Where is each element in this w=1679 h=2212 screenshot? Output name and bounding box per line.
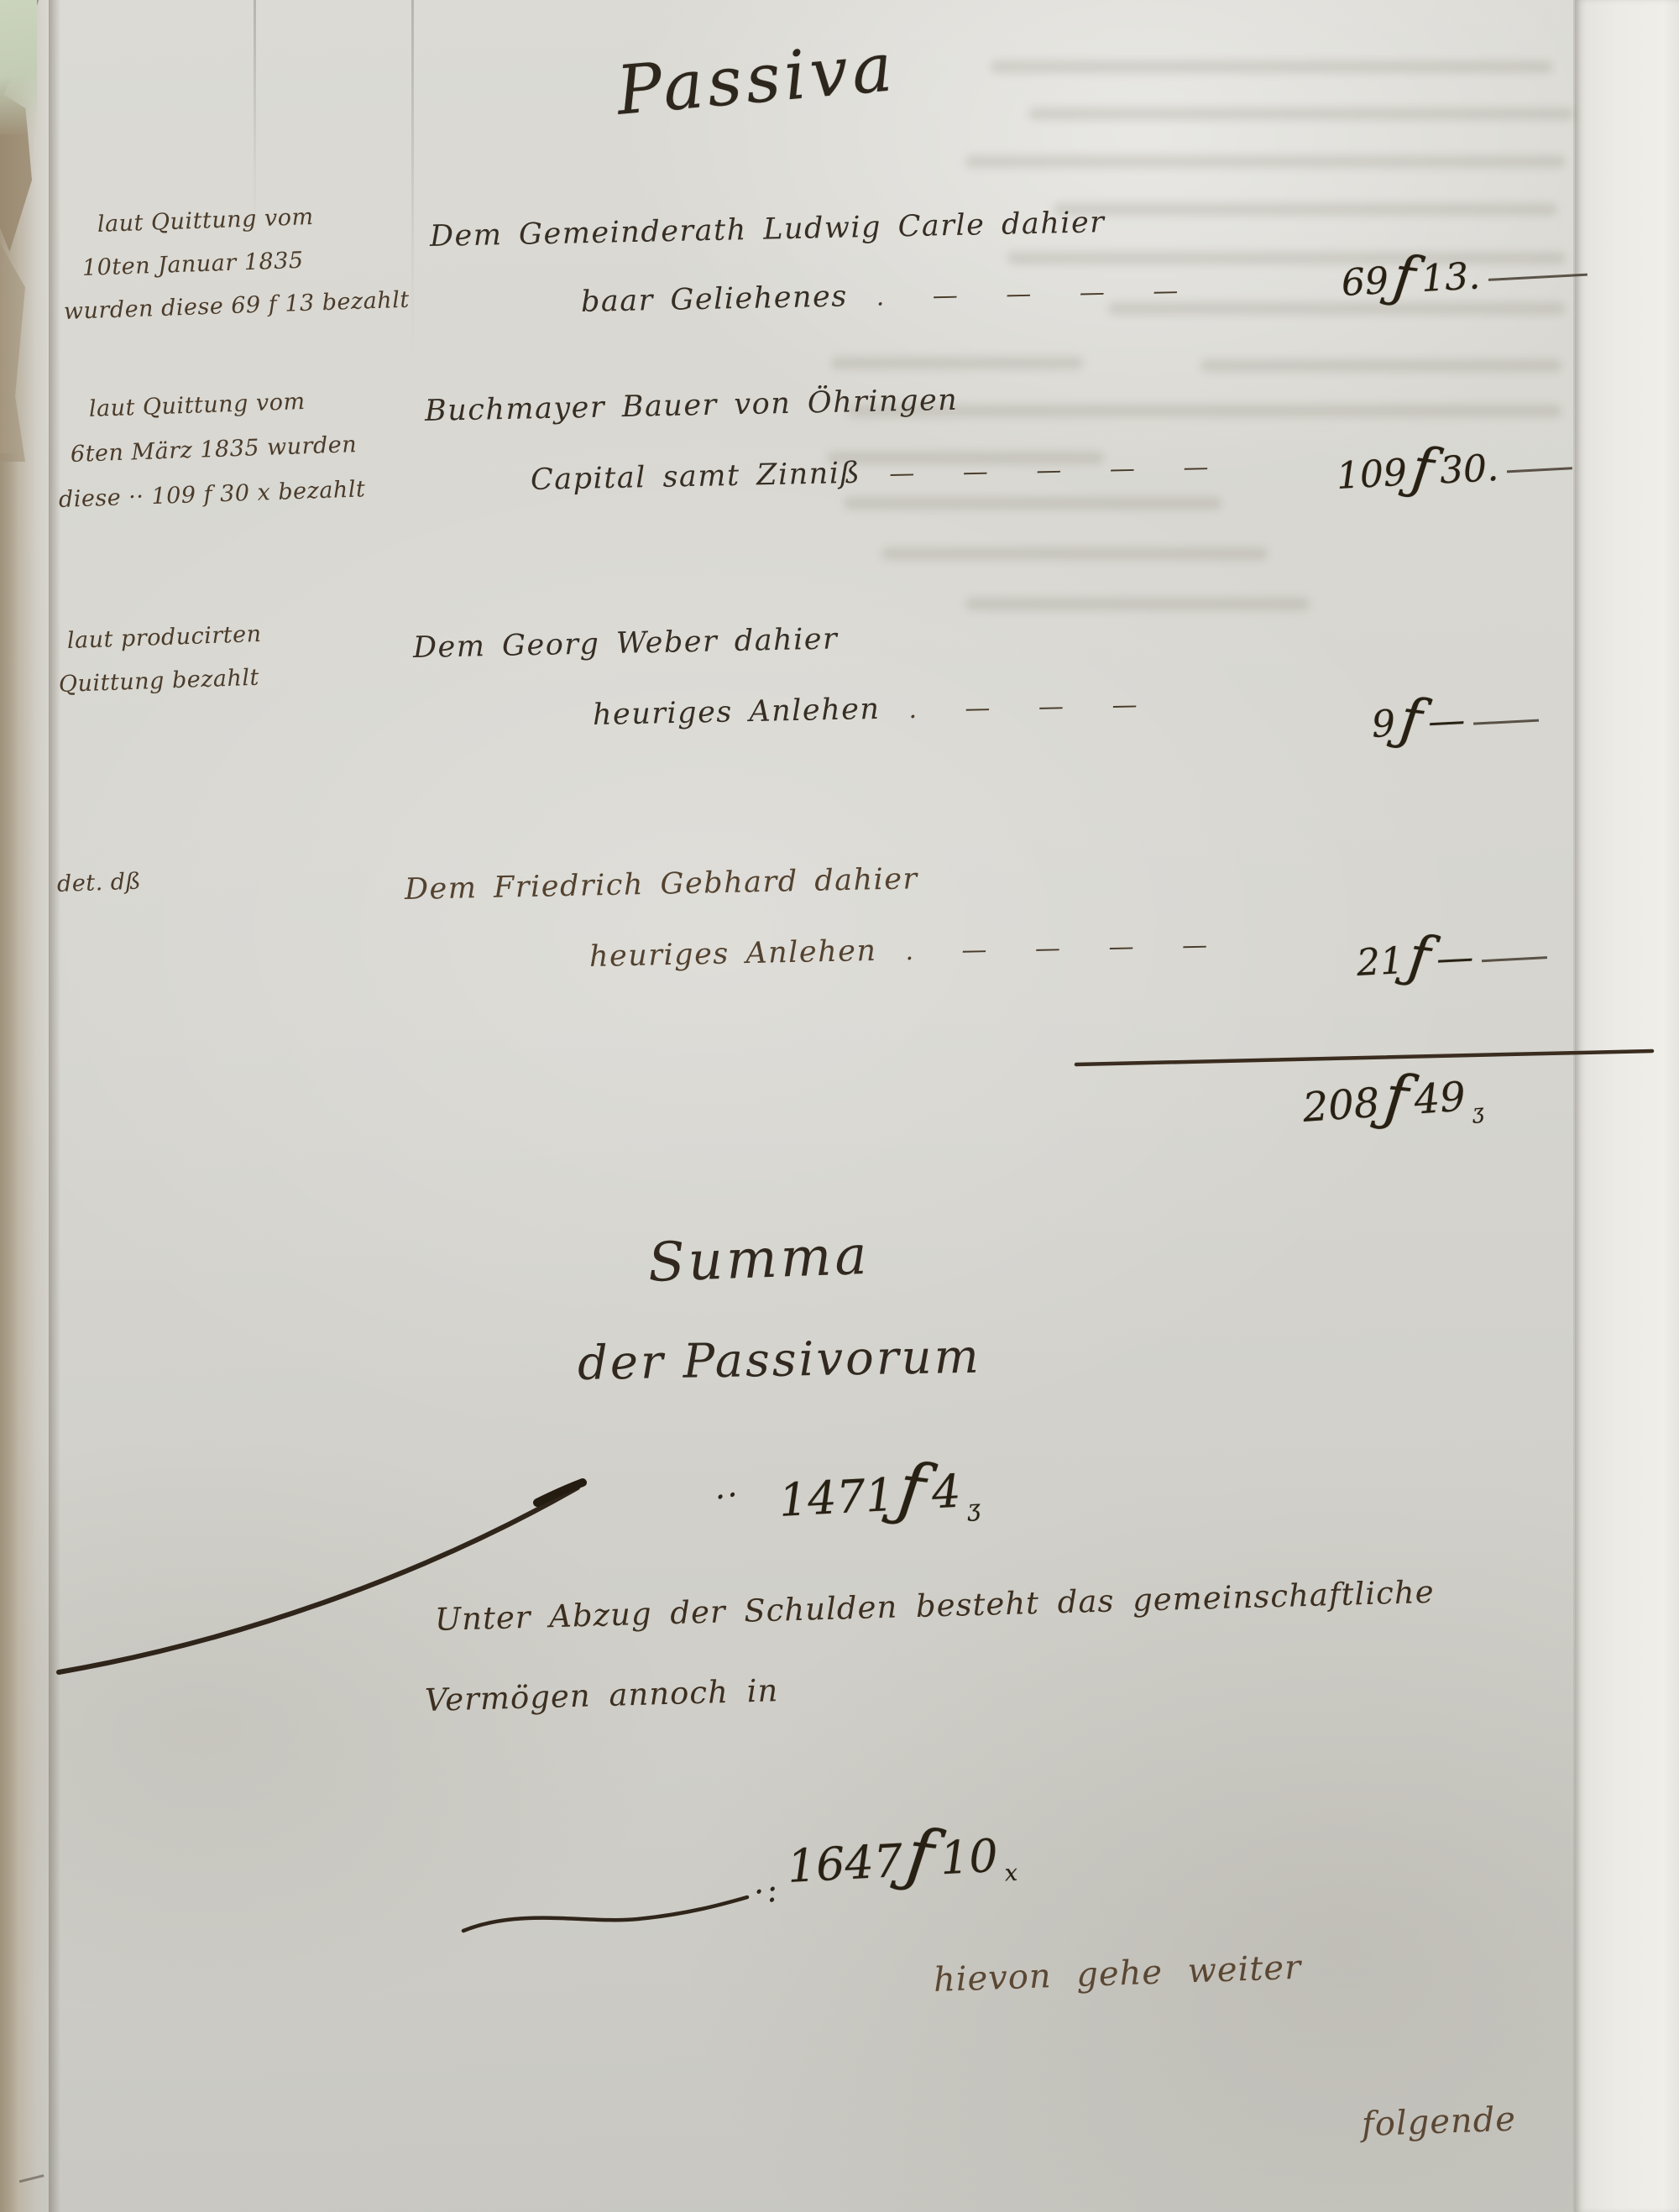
entry1-item-text: baar Geliehenes — [581, 280, 849, 319]
entry1-margin-note-line3: wurden diese 69 f 13 bezahlt — [63, 287, 410, 325]
summa-subheading: der Passivorum — [577, 1330, 981, 1391]
net-flourish-stroke — [463, 1897, 747, 1931]
gulden-value: 1471 — [777, 1468, 896, 1527]
kreuzer-value: — — [1427, 698, 1467, 743]
kreuzer-value: 10 — [939, 1829, 999, 1885]
footer-catchword-line2: folgende — [1361, 2100, 1516, 2144]
gulden-value: 9 — [1371, 703, 1397, 746]
torn-paper-fragment — [0, 453, 18, 2212]
net-amount: 1647ƒ10x — [786, 1828, 1018, 1898]
entry1-debtor: Dem Gemeinderath Ludwig Carle dahier — [430, 206, 1106, 254]
footer-catchword-line1: hievon gehe weiter — [933, 1948, 1302, 2000]
underline-stroke — [1488, 274, 1587, 281]
subtotal-amount: 208ƒ49ʒ — [1301, 1072, 1485, 1135]
paper-crease — [411, 0, 414, 361]
entry3-item-text: heuriges Anlehen — [593, 693, 881, 732]
underline-stroke — [1507, 467, 1572, 473]
gulden-value: 208 — [1301, 1080, 1381, 1132]
gulden-value: 21 — [1356, 939, 1405, 985]
closing-paragraph-line1: Unter Abzug der Schulden besteht das gem… — [434, 1574, 1435, 1638]
summa-flourish-stroke — [59, 1488, 578, 1672]
entry4-item-text: heuriges Anlehen — [589, 934, 877, 974]
kreuzer-value: 13. — [1420, 254, 1482, 301]
summa-mark: ·· — [712, 1475, 743, 1517]
closing-paragraph-line2: Vermögen annoch in — [424, 1672, 778, 1718]
entry4-amount: 21ƒ— — [1356, 932, 1549, 985]
entry2-item: Capital samt Zinniß— — — — — — [531, 449, 1211, 497]
entry2-amount: 109ƒ30. — [1336, 442, 1574, 498]
florin-symbol: ƒ — [1409, 956, 1430, 959]
paper-crease — [254, 0, 256, 235]
subtotal-rule-stroke — [1076, 1051, 1652, 1064]
florin-symbol: ƒ — [1412, 468, 1433, 471]
bleed-through-line — [1054, 203, 1557, 216]
page-edge-shadow — [49, 0, 60, 2212]
entry3-margin-note-line1: laut producirten — [66, 621, 262, 654]
entry2-margin-note-line2: 6ten März 1835 wurden — [70, 431, 357, 468]
entry2-margin-note-line1: laut Quittung vom — [88, 389, 306, 422]
summa-flourish-tip — [537, 1483, 583, 1503]
bleed-through-line — [831, 357, 1083, 369]
entry3-debtor: Dem Georg Weber dahier — [413, 622, 839, 665]
summa-heading: Summa — [647, 1225, 871, 1294]
florin-symbol: ƒ — [907, 1854, 934, 1857]
florin-symbol: ƒ — [1400, 719, 1421, 722]
underline-stroke — [1473, 719, 1539, 725]
bleed-through-line — [965, 598, 1310, 610]
gulden-value: 1647 — [786, 1834, 904, 1893]
filler-dashes: — — — — — — [889, 452, 1211, 489]
gulden-value: 69 — [1341, 259, 1390, 305]
kreuzer-value: 49 — [1413, 1074, 1467, 1124]
bleed-through-line — [1028, 107, 1574, 120]
entry2-debtor: Buchmayer Bauer von Öhringen — [425, 384, 959, 428]
paper-crease — [1573, 0, 1575, 2212]
florin-symbol: ƒ — [1384, 1097, 1407, 1100]
florin-symbol: ƒ — [899, 1488, 925, 1491]
adjacent-page-edge — [1575, 0, 1679, 2212]
denier-symbol: ʒ — [1472, 1100, 1484, 1124]
entry1-item: baar Geliehenes. — — — — — [581, 273, 1180, 319]
summa-amount: 1471ƒ4ʒ — [777, 1464, 981, 1532]
entry1-margin-note-line1: laut Quittung vom — [97, 204, 314, 238]
entry3-margin-note-line2: Quittung bezahlt — [58, 665, 259, 698]
corner-underlay — [0, 0, 37, 134]
entry2-margin-note-line3: diese ·· 109 f 30 x bezahlt — [58, 476, 365, 513]
entry3-item: heuriges Anlehen. — — — — [593, 687, 1139, 732]
entry1-margin-note-line2: 10ten Januar 1835 — [81, 248, 304, 281]
entry3-amount: 9ƒ— — [1371, 695, 1540, 746]
filler-dashes: . — — — — [908, 690, 1139, 724]
filler-dashes: . — — — — — [905, 931, 1209, 967]
kreuzer-value: 30. — [1439, 447, 1500, 493]
kreuzer-value: 4 — [930, 1465, 962, 1519]
kreuzer-value: — — [1436, 936, 1475, 980]
entry2-item-text: Capital samt Zinniß — [531, 457, 861, 497]
page-title: Passiva — [614, 28, 899, 130]
manuscript-photo: Passiva laut Quittung vom 10ten Januar 1… — [0, 0, 1679, 2212]
filler-dashes: . — — — — — [876, 276, 1179, 312]
entry4-debtor: Dem Friedrich Gebhard dahier — [405, 862, 919, 907]
net-mark: ·: — [751, 1870, 782, 1912]
bleed-through-line — [965, 155, 1566, 168]
underline-stroke — [1482, 956, 1547, 962]
bleed-through-line — [991, 60, 1553, 73]
bleed-through-line — [881, 547, 1268, 560]
gulden-value: 109 — [1336, 452, 1409, 498]
bleed-through-line — [844, 497, 1221, 510]
bleed-through-line — [1200, 359, 1561, 372]
entry4-item: heuriges Anlehen. — — — — — [589, 928, 1210, 974]
florin-symbol: ƒ — [1394, 276, 1415, 279]
entry4-margin-note-line1: det. dß — [56, 869, 141, 897]
denier-symbol: x — [1004, 1859, 1018, 1886]
denier-symbol: ʒ — [967, 1495, 981, 1522]
